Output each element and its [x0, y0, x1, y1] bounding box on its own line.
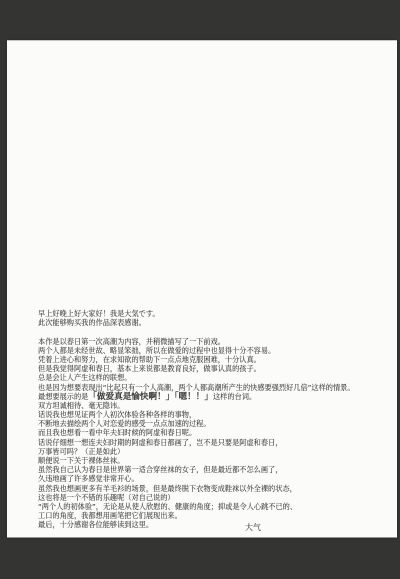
line-text: 虽然我也想画更多有羊毛衫的场景，但是最终脱下衣物变成鞋袜以外全裸的状态， — [38, 484, 297, 493]
text-line: 虽然我自己认为春日是世界第一适合穿丝袜的女子，但是最近都不怎么画了， — [38, 465, 372, 474]
scanned-page-background: 早上好晚上好大家好！我是大気です。此次能够购买我的作品深表感谢。本作是以春日第一… — [0, 0, 400, 579]
line-text: 工口的角度，我都想用画笔把它们展现出来。 — [38, 511, 182, 520]
text-line: 此次能够购买我的作品深表感谢。 — [38, 318, 372, 327]
afterword-page: 早上好晚上好大家好！我是大気です。此次能够购买我的作品深表感谢。本作是以春日第一… — [7, 40, 397, 538]
text-line: 本作是以春日第一次高潮为内容，并稍微描写了一下前戏。 — [38, 337, 372, 346]
text-line: 但是我觉得阿虚和春日，基本上来说都是教育良好，做事认真的孩子。 — [38, 364, 372, 373]
line-text: 话说仔细想一想连夫妇时期的阿虚和春日都画了，岂不是只要是阿虚和春日， — [38, 438, 282, 447]
text-line: “两个人的初体验”，无论是从使人欣慰的、健康的角度；抑或是令人心跳不已的、 — [38, 502, 372, 511]
text-line: 工口的角度，我都想用画笔把它们展现出来。 — [38, 511, 372, 520]
text-line: 早上好晚上好大家好！我是大気です。 — [38, 309, 372, 318]
text-line: 最想要展示的是「做爱真是愉快啊！」「嗯！！」这样的台词。 — [38, 392, 372, 401]
line-text: 虽然我自己认为春日是世界第一适合穿丝袜的女子，但是最近都不怎么画了， — [38, 465, 282, 474]
line-text: 也是因为想要表现出“比起只有一个人高潮，两个人都高潮所产生的快感要强烈好几倍”这… — [38, 383, 355, 392]
text-line: 顺便说一下关于裸体丝袜。 — [38, 456, 372, 465]
line-text: 此次能够购买我的作品深表感谢。 — [38, 318, 146, 327]
line-text: 顺便说一下关于裸体丝袜。 — [38, 456, 124, 465]
text-line: 也是因为想要表现出“比起只有一个人高潮，两个人都高潮所产生的快感要强烈好几倍”这… — [38, 383, 372, 392]
text-line: 这也将是一个不错的乐趣呢（对自己说的） — [38, 493, 372, 502]
text-line: 双方坦诚相待、毫无隐讳。 — [38, 401, 372, 410]
text-line: 最后，十分感谢各位能够读到这里。 — [38, 520, 372, 529]
line-text: 不断地去描绘两个人对恋爱的感受一点点加速的过程。 — [38, 419, 211, 428]
line-text: 两个人都是未经世故、略显笨拙，所以在做爱的过程中也显得十分不容易。 — [38, 346, 275, 355]
line-text: 但是我觉得阿虚和春日，基本上来说都是教育良好，做事认真的孩子。 — [38, 364, 261, 373]
text-line: 总是会让人产生这样的联想。 — [38, 373, 372, 382]
afterword-lines: 早上好晚上好大家好！我是大気です。此次能够购买我的作品深表感谢。本作是以春日第一… — [38, 309, 372, 530]
blank-line — [38, 327, 372, 336]
line-text: “两个人的初体验”，无论是从使人欣慰的、健康的角度；抑或是令人心跳不已的、 — [38, 502, 297, 511]
text-line: 凭着上进心和努力，在求知欲的帮助下一点点地克服困难，十分认真。 — [38, 355, 372, 364]
text-line: 而且我也想看一看中年夫妇时候的阿虚和春日呢。 — [38, 428, 372, 437]
text-line: 万事皆可吗？（正是如此） — [38, 447, 372, 456]
line-text: 万事皆可吗？（正是如此） — [38, 447, 124, 456]
line-text: 最想要展示的是 — [38, 392, 88, 401]
line-text: 话说我也想见证两个人初次体验各种各样的事物， — [38, 410, 196, 419]
line-text: 双方坦诚相待、毫无隐讳。 — [38, 401, 124, 410]
text-line: 虽然我也想画更多有羊毛衫的场景，但是最终脱下衣物变成鞋袜以外全裸的状态， — [38, 484, 372, 493]
line-text: 这也将是一个不错的乐趣呢（对自己说的） — [38, 493, 175, 502]
line-text: 而且我也想看一看中年夫妇时候的阿虚和春日呢。 — [38, 428, 196, 437]
text-line: 话说仔细想一想连夫妇时期的阿虚和春日都画了，岂不是只要是阿虚和春日， — [38, 438, 372, 447]
text-line: 久违地画了许多感觉非常开心。 — [38, 474, 372, 483]
line-text: 早上好晚上好大家好！我是大気です。 — [38, 309, 160, 318]
line-text: 本作是以春日第一次高潮为内容，并稍微描写了一下前戏。 — [38, 337, 225, 346]
line-text: 凭着上进心和努力，在求知欲的帮助下一点点地克服困难，十分认真。 — [38, 355, 261, 364]
line-text: 总是会让人产生这样的联想。 — [38, 373, 131, 382]
text-line: 两个人都是未经世故、略显笨拙，所以在做爱的过程中也显得十分不容易。 — [38, 346, 372, 355]
line-text: 这样的台词。 — [213, 392, 256, 401]
line-text: 久违地画了许多感觉非常开心。 — [38, 474, 139, 483]
author-signature: 大气 — [245, 522, 261, 533]
text-line: 话说我也想见证两个人初次体验各种各样的事物， — [38, 410, 372, 419]
line-text: 最后，十分感谢各位能够读到这里。 — [38, 520, 153, 529]
